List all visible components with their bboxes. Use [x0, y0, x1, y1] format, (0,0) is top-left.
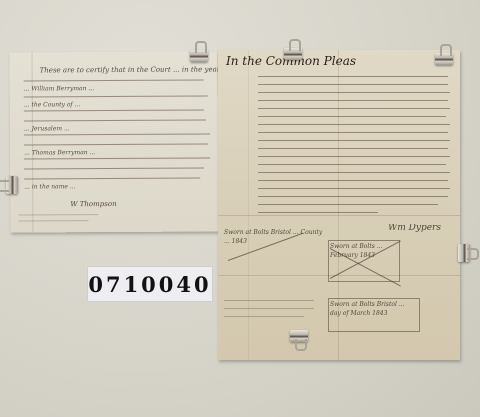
document-opening-line: These are to certify that in the Court .…	[40, 65, 229, 75]
binder-clip-icon	[190, 50, 208, 62]
endorsement-left: Sworn at Bolts Bristol ... County ... 18…	[224, 228, 324, 278]
binder-clip-icon	[435, 53, 453, 65]
document-line: ... William Berryman ...	[24, 84, 94, 93]
catalog-number: 0710040	[88, 272, 211, 297]
signature: W Thompson	[70, 200, 116, 209]
document-line: ... Jerusalem ...	[24, 124, 70, 133]
binder-clip-icon	[458, 244, 470, 262]
document-line: ... Thomas Berryman ...	[24, 148, 95, 157]
right-document: In the Common Pleas Wm Dypers Sworn at B…	[218, 50, 460, 360]
document-line: ... in the name ...	[24, 182, 75, 191]
document-line: ... the County of ...	[24, 100, 81, 109]
binder-clip-icon	[290, 330, 308, 342]
catalog-number-label: 0710040	[88, 267, 212, 301]
binder-clip-icon	[6, 176, 18, 194]
endorsement-bottom: Sworn at Bolts Bristol ... day of March …	[330, 300, 416, 330]
signature-top-right: Wm Dypers	[388, 224, 441, 233]
left-document: These are to certify that in the Court .…	[10, 51, 219, 232]
binder-clip-icon	[284, 48, 302, 60]
